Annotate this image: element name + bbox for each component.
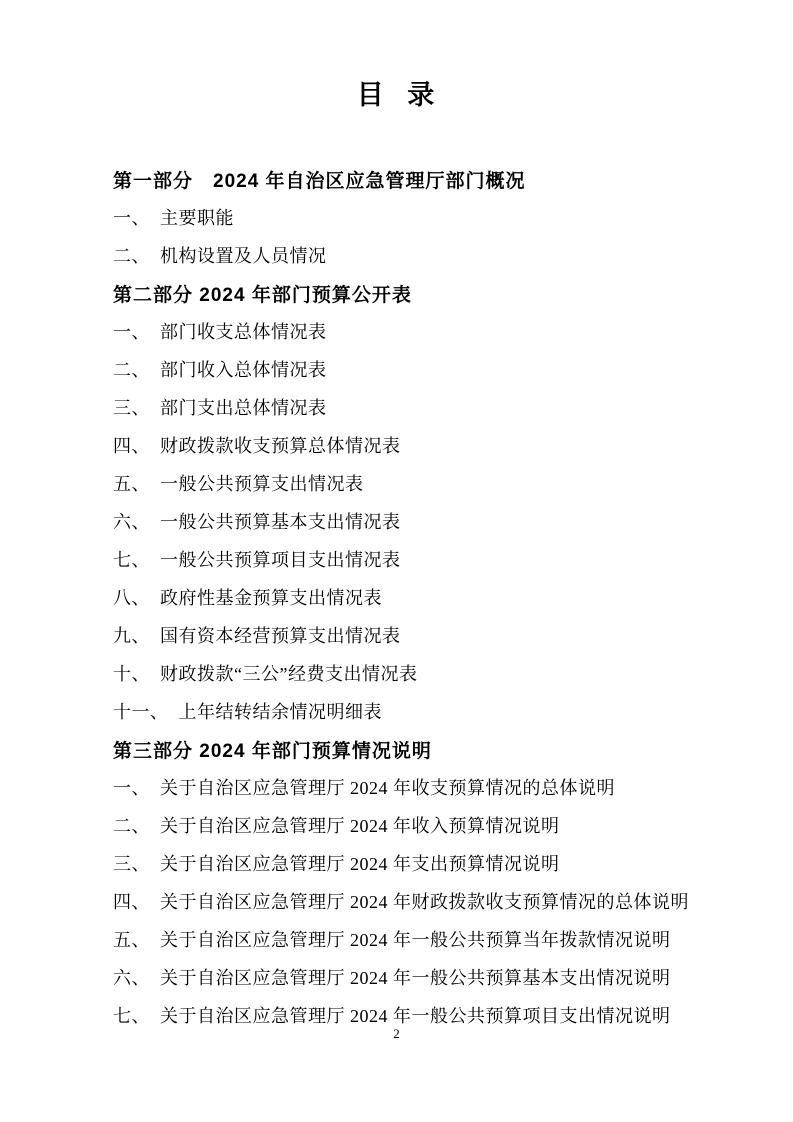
toc-entry: 九、 国有资本经营预算支出情况表 — [113, 616, 733, 654]
toc-section: 第二部分 2024 年部门预算公开表 一、 部门收支总体情况表 二、 部门收入总… — [113, 274, 733, 730]
toc-entry-number: 二、 — [113, 812, 150, 838]
toc-entry-label: 关于自治区应急管理厅 2024 年财政拨款收支预算情况的总体说明 — [160, 888, 689, 914]
toc-entry-number: 二、 — [113, 242, 150, 268]
toc-entry-number: 九、 — [113, 622, 150, 648]
toc-entry-label: 上年结转结余情况明细表 — [179, 698, 383, 724]
toc-entry: 一、 部门收支总体情况表 — [113, 312, 733, 350]
toc-entry-label: 关于自治区应急管理厅 2024 年收支预算情况的总体说明 — [160, 774, 615, 800]
page-title: 目 录 — [0, 0, 793, 110]
toc-entry-number: 六、 — [113, 508, 150, 534]
toc-entry: 三、 部门支出总体情况表 — [113, 388, 733, 426]
toc-entry-number: 三、 — [113, 850, 150, 876]
toc-entry-label: 一般公共预算支出情况表 — [160, 470, 364, 496]
toc-entry-number: 二、 — [113, 356, 150, 382]
toc-entry-number: 五、 — [113, 470, 150, 496]
toc-entry-label: 国有资本经营预算支出情况表 — [160, 622, 401, 648]
toc-entry-label: 机构设置及人员情况 — [160, 242, 327, 268]
toc-entry: 十一、 上年结转结余情况明细表 — [113, 692, 733, 730]
toc-entry: 二、 关于自治区应急管理厅 2024 年收入预算情况说明 — [113, 806, 733, 844]
toc-entry-label: 一般公共预算基本支出情况表 — [160, 508, 401, 534]
toc-entry-number: 八、 — [113, 584, 150, 610]
toc-entry-label: 财政拨款“三公”经费支出情况表 — [160, 660, 417, 686]
toc-entry: 八、 政府性基金预算支出情况表 — [113, 578, 733, 616]
toc-entry: 七、 一般公共预算项目支出情况表 — [113, 540, 733, 578]
document-page: 目 录 第一部分 2024 年自治区应急管理厅部门概况 一、 主要职能 二、 机… — [0, 0, 793, 1122]
toc-entry-label: 政府性基金预算支出情况表 — [160, 584, 382, 610]
toc-entry: 五、 关于自治区应急管理厅 2024 年一般公共预算当年拨款情况说明 — [113, 920, 733, 958]
toc-entry: 六、 关于自治区应急管理厅 2024 年一般公共预算基本支出情况说明 — [113, 958, 733, 996]
toc-entry-number: 四、 — [113, 432, 150, 458]
toc-entry-label: 主要职能 — [160, 204, 234, 230]
toc-entry-label: 关于自治区应急管理厅 2024 年一般公共预算当年拨款情况说明 — [160, 926, 671, 952]
toc-entry-label: 关于自治区应急管理厅 2024 年一般公共预算基本支出情况说明 — [160, 964, 671, 990]
toc-section-items: 一、 部门收支总体情况表 二、 部门收入总体情况表 三、 部门支出总体情况表 四… — [113, 312, 733, 730]
toc-entry-label: 部门收入总体情况表 — [160, 356, 327, 382]
toc-entry-number: 六、 — [113, 964, 150, 990]
toc-entry: 一、 关于自治区应急管理厅 2024 年收支预算情况的总体说明 — [113, 768, 733, 806]
toc-entry-label: 关于自治区应急管理厅 2024 年收入预算情况说明 — [160, 812, 560, 838]
toc-entry: 四、 财政拨款收支预算总体情况表 — [113, 426, 733, 464]
toc-entry-number: 四、 — [113, 888, 150, 914]
toc-entry: 二、 部门收入总体情况表 — [113, 350, 733, 388]
toc-section-heading: 第一部分 2024 年自治区应急管理厅部门概况 — [113, 160, 733, 198]
toc-section-heading: 第二部分 2024 年部门预算公开表 — [113, 274, 733, 312]
toc-entry-number: 七、 — [113, 1002, 150, 1028]
toc-entry-label: 部门支出总体情况表 — [160, 394, 327, 420]
toc-entry: 二、 机构设置及人员情况 — [113, 236, 733, 274]
toc-entry-label: 财政拨款收支预算总体情况表 — [160, 432, 401, 458]
toc-entry-number: 一、 — [113, 318, 150, 344]
toc-entry: 十、 财政拨款“三公”经费支出情况表 — [113, 654, 733, 692]
toc-section-items: 一、 关于自治区应急管理厅 2024 年收支预算情况的总体说明 二、 关于自治区… — [113, 768, 733, 1034]
toc-entry-number: 七、 — [113, 546, 150, 572]
toc-entry-number: 十、 — [113, 660, 150, 686]
toc-entry-label: 一般公共预算项目支出情况表 — [160, 546, 401, 572]
toc: 第一部分 2024 年自治区应急管理厅部门概况 一、 主要职能 二、 机构设置及… — [113, 160, 733, 1034]
toc-entry-label: 部门收支总体情况表 — [160, 318, 327, 344]
toc-entry: 一、 主要职能 — [113, 198, 733, 236]
toc-entry-number: 十一、 — [113, 698, 169, 724]
page-number: 2 — [0, 1026, 793, 1042]
toc-entry-number: 一、 — [113, 204, 150, 230]
toc-entry-label: 关于自治区应急管理厅 2024 年支出预算情况说明 — [160, 850, 560, 876]
toc-section-items: 一、 主要职能 二、 机构设置及人员情况 — [113, 198, 733, 274]
toc-section-heading: 第三部分 2024 年部门预算情况说明 — [113, 730, 733, 768]
toc-entry-label: 关于自治区应急管理厅 2024 年一般公共预算项目支出情况说明 — [160, 1002, 671, 1028]
toc-section: 第三部分 2024 年部门预算情况说明 一、 关于自治区应急管理厅 2024 年… — [113, 730, 733, 1034]
toc-entry: 五、 一般公共预算支出情况表 — [113, 464, 733, 502]
toc-entry-number: 一、 — [113, 774, 150, 800]
toc-entry: 六、 一般公共预算基本支出情况表 — [113, 502, 733, 540]
toc-section: 第一部分 2024 年自治区应急管理厅部门概况 一、 主要职能 二、 机构设置及… — [113, 160, 733, 274]
toc-entry: 四、 关于自治区应急管理厅 2024 年财政拨款收支预算情况的总体说明 — [113, 882, 733, 920]
toc-entry: 三、 关于自治区应急管理厅 2024 年支出预算情况说明 — [113, 844, 733, 882]
toc-entry-number: 五、 — [113, 926, 150, 952]
toc-entry-number: 三、 — [113, 394, 150, 420]
